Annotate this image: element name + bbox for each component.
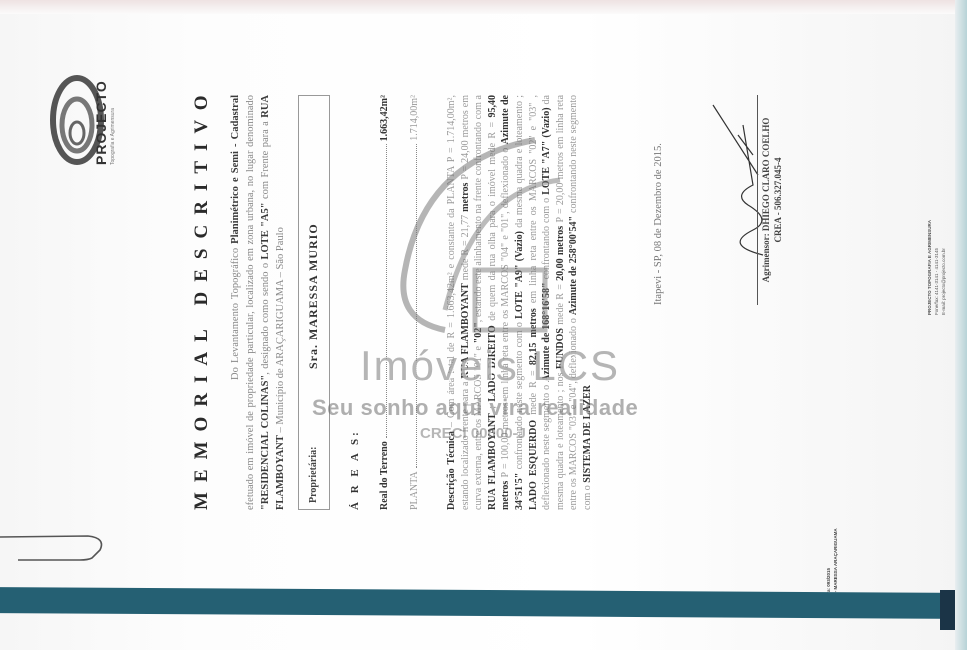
signatory-crea: CREA - 506.327.045-4 (773, 95, 783, 305)
footer-line: RD - MARESSA ARAÇARIGUAMA (832, 528, 839, 600)
intro-bold: Planimétrico e Semi - Cadastral (230, 95, 241, 244)
watermark-logo-icon (385, 120, 585, 350)
intro-bold: "RESIDENCIAL COLINAS" (260, 375, 271, 510)
intro-text: efetuado em imóvel de propriedade partic… (245, 95, 256, 510)
signatory-name: Agrimensor: DHIEGO CLARO COELHO (761, 95, 771, 305)
description-heading: Descrição Técnica (446, 431, 457, 510)
footer-email: E-mail: projecto@projecto.com.br (940, 85, 947, 315)
footer-line: Obra: 093/2015 (825, 528, 832, 600)
area-label: PLANTA (409, 471, 420, 510)
blue-band (0, 587, 960, 619)
intro-paragraph: Do Levantamento Topográfico Planimétrico… (228, 95, 288, 510)
document-photo: PROJECTO Topografia e Agrimensura MEMORI… (0, 0, 967, 650)
areas-heading: Á R E A S: (349, 429, 361, 510)
footer-right: PROJECTO TOPOGRAFIA E AGRIMENSURA Fone/f… (926, 85, 947, 315)
area-label: Real do Terreno (379, 441, 390, 510)
footer-left: Obra: 093/2015 RD - MARESSA ARAÇARIGUAMA (825, 528, 839, 600)
footer-company: PROJECTO TOPOGRAFIA E AGRIMENSURA (926, 85, 933, 315)
signature-line (757, 95, 758, 305)
place-date: Itapevi - SP, 08 de Dezembro de 2015. (653, 143, 664, 305)
intro-text: com Frente para a (260, 118, 271, 203)
logo-subtitle: Topografia e Agrimensura (110, 108, 116, 165)
footer-phone: Fone/fax: 4141-3141 - 4141-3145 (933, 85, 940, 315)
intro-text: – Município de ARAÇARIGUAMA – São Paulo (275, 227, 286, 435)
photo-right-edge (955, 0, 967, 650)
description-bold: LADO ESQUERDO (528, 420, 539, 510)
owner-label: Proprietária: (308, 447, 319, 503)
watermark-creci: CRECI 00000-J (420, 425, 526, 442)
owner-box: Proprietária: Sra. MARESSA MURIO (298, 95, 330, 510)
photo-top-edge (0, 0, 967, 14)
watermark-slogan: Seu sonho aqui vira realidade (312, 395, 638, 421)
document-title: MEMORIAL DESCRITIVO (191, 45, 213, 605)
intro-text: , designado como sendo o (260, 259, 271, 374)
watermark-brand: Imóveis LCS (360, 342, 620, 390)
logo-name: PROJECTO (93, 80, 109, 165)
intro-bold: LOTE "A5" (260, 202, 271, 259)
intro-text: Do Levantamento Topográfico (230, 244, 241, 380)
owner-name: Sra. MARESSA MURIO (306, 223, 321, 369)
